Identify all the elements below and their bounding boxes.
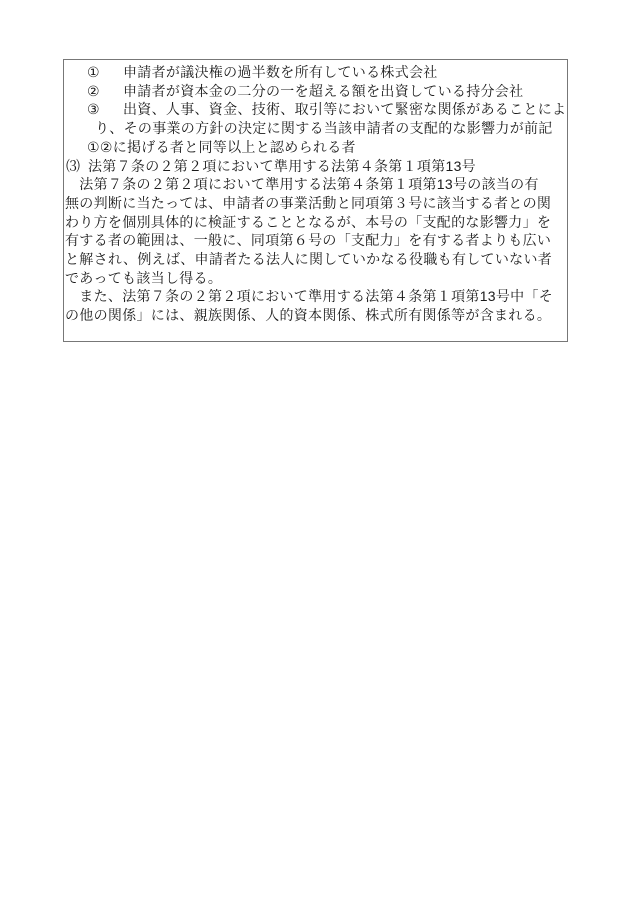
list-item-1: ①申請者が議決権の過半数を所有している株式会社 [65, 63, 565, 82]
paragraph-2-line-1: また、法第７条の２第２項において準用する法第４条第１項第13号中「そ [65, 287, 565, 306]
list-item-1-text: 申請者が議決権の過半数を所有している株式会社 [123, 64, 438, 80]
section-3-heading-text: 法第７条の２第２項において準用する法第４条第１項第13号 [88, 158, 476, 174]
paragraph-1-line-3: わり方を個別具体的に検証することとなるが、本号の「支配的な影響力」を [65, 213, 565, 232]
list-closing-line: ①②に掲げる者と同等以上と認められる者 [65, 138, 565, 157]
list-item-2: ②申請者が資本金の二分の一を超える額を出資している持分会社 [65, 82, 565, 101]
bordered-text-box: ①申請者が議決権の過半数を所有している株式会社 ②申請者が資本金の二分の一を超え… [63, 59, 568, 342]
circled-2-marker: ② [87, 82, 123, 101]
paragraph-2-line-2: の他の関係」には、親族関係、人的資本関係、株式所有関係等が含まれる。 [65, 306, 565, 325]
list-item-3: ③出資、人事、資金、技術、取引等において緊密な関係があることによ [65, 100, 565, 119]
paren-3-marker: ⑶ [66, 157, 88, 176]
paragraph-1-line-1: 法第７条の２第２項において準用する法第４条第１項第13号の該当の有 [65, 175, 565, 194]
section-3-heading: ⑶法第７条の２第２項において準用する法第４条第１項第13号 [65, 157, 565, 176]
paragraph-1-line-2: 無の判断に当たっては、申請者の事業活動と同項第３号に該当する者との関 [65, 194, 565, 213]
circled-3-marker: ③ [87, 100, 123, 119]
list-item-3-continuation: り、その事業の方針の決定に関する当該申請者の支配的な影響力が前記 [65, 119, 565, 138]
paragraph-1-line-5: と解され、例えば、申請者たる法人に関していかなる役職も有していない者 [65, 250, 565, 269]
paragraph-1-line-6: であっても該当し得る。 [65, 269, 565, 288]
paragraph-1-line-4: 有する者の範囲は、一般に、同項第６号の「支配力」を有する者よりも広い [65, 231, 565, 250]
circled-1-marker: ① [87, 63, 123, 82]
list-item-3-text: 出資、人事、資金、技術、取引等において緊密な関係があることによ [123, 101, 566, 117]
document-page: ①申請者が議決権の過半数を所有している株式会社 ②申請者が資本金の二分の一を超え… [0, 0, 630, 903]
list-item-2-text: 申請者が資本金の二分の一を超える額を出資している持分会社 [123, 83, 523, 99]
